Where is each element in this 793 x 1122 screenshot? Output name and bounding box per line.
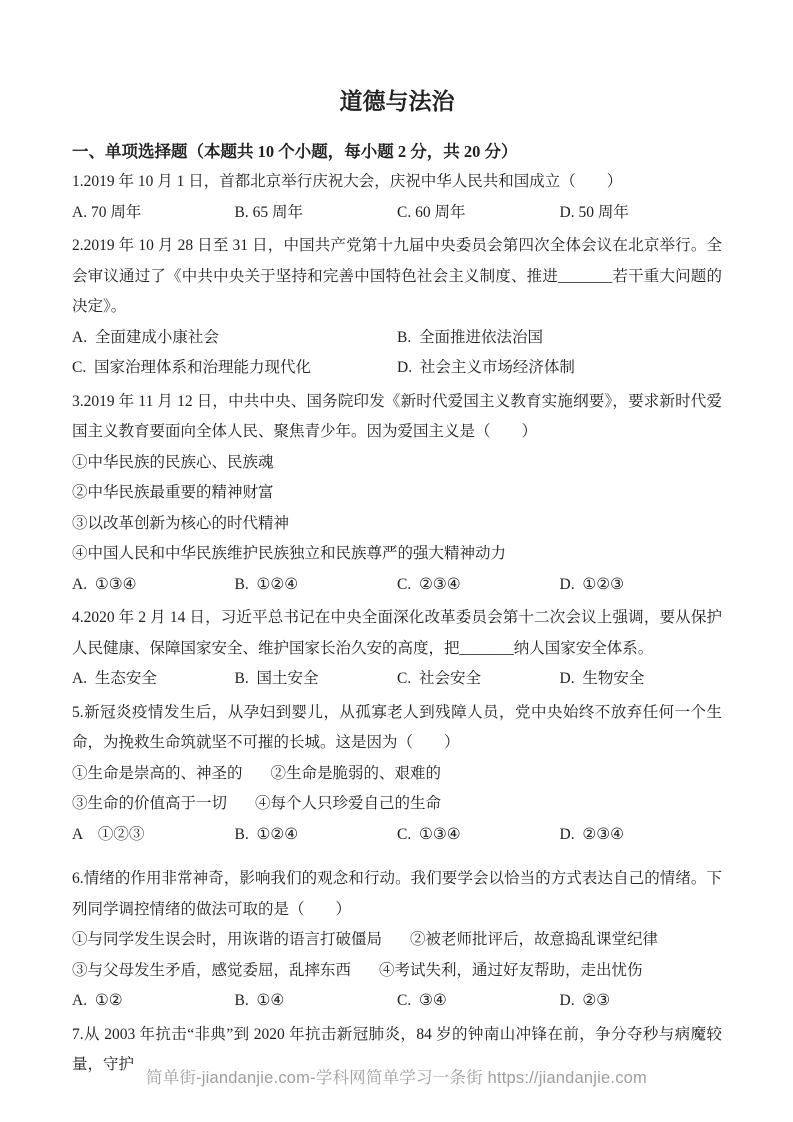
option-d: D. 生物安全 — [560, 664, 723, 695]
option-c: C. 社会安全 — [397, 664, 560, 695]
sub-item-1: ①中华民族的民族心、民族魂 — [72, 448, 722, 479]
option-a: A. 70 周年 — [72, 198, 235, 229]
sub-item-4: ④中国人民和中华民族维护民族独立和民族尊严的强大精神动力 — [72, 539, 722, 570]
sub-item-2: ②生命是脆弱的、艰难的 — [271, 759, 442, 790]
sub-item-row-1: ①与同学发生误会时，用诙谐的语言打破僵局 ②被老师批评后，故意捣乱课堂纪律 — [72, 925, 722, 956]
option-a: A. ①③④ — [72, 570, 235, 601]
option-a: A. ①② — [72, 986, 235, 1017]
question-6-stem: 6.情绪的作用非常神奇，影响我们的观念和行动。我们要学会以恰当的方式表达自己的情… — [72, 864, 722, 925]
question-2: 2.2019 年 10 月 28 日至 31 日，中国共产党第十九届中央委员会第… — [72, 231, 722, 384]
sub-item-row-2: ③与父母发生矛盾，感觉委屈，乱摔东西 ④考试失利，通过好友帮助，走出忧伤 — [72, 956, 722, 987]
option-b: B. ①④ — [235, 986, 398, 1017]
option-c: C. 60 周年 — [397, 198, 560, 229]
section-heading: 一、单项选择题（本题共 10 个小题，每小题 2 分，共 20 分） — [72, 140, 722, 164]
question-3-options: A. ①③④ B. ①②④ C. ②③④ D. ①②③ — [72, 570, 722, 601]
sub-item-2: ②被老师批评后，故意捣乱课堂纪律 — [410, 925, 658, 956]
option-c: C. 国家治理体系和治理能力现代化 — [72, 353, 397, 384]
sub-item-1: ①生命是崇高的、神圣的 — [72, 759, 243, 790]
option-a: A ①②③ — [72, 820, 235, 851]
watermark-footer: 简单街-jiandanjie.com-学科网简单学习一条街 https://ji… — [0, 1066, 793, 1090]
question-list: 1.2019 年 10 月 1 日，首都北京举行庆祝大会，庆祝中华人民共和国成立… — [72, 167, 722, 1081]
sub-item-4: ④每个人只珍爱自己的生命 — [255, 789, 441, 820]
question-6-options: A. ①② B. ①④ C. ③④ D. ②③ — [72, 986, 722, 1017]
option-b: B. 国土安全 — [235, 664, 398, 695]
sub-item-1: ①与同学发生误会时，用诙谐的语言打破僵局 — [72, 925, 382, 956]
sub-item-3: ③以改革创新为核心的时代精神 — [72, 509, 722, 540]
question-4-stem: 4.2020 年 2 月 14 日，习近平总书记在中央全面深化改革委员会第十二次… — [72, 603, 722, 664]
question-6: 6.情绪的作用非常神奇，影响我们的观念和行动。我们要学会以恰当的方式表达自己的情… — [72, 864, 722, 1017]
option-c: C. ①③④ — [397, 820, 560, 851]
question-5-options: A ①②③ B. ①②④ C. ①③④ D. ②③④ — [72, 820, 722, 851]
option-c: C. ②③④ — [397, 570, 560, 601]
sub-item-4: ④考试失利，通过好友帮助，走出忧伤 — [379, 956, 643, 987]
sub-item-row-1: ①生命是崇高的、神圣的 ②生命是脆弱的、艰难的 — [72, 759, 722, 790]
option-a: A. 全面建成小康社会 — [72, 323, 397, 354]
option-d: D. ②③ — [560, 986, 723, 1017]
question-1-options: A. 70 周年 B. 65 周年 C. 60 周年 D. 50 周年 — [72, 198, 722, 229]
option-b: B. 全面推进依法治国 — [397, 323, 722, 354]
option-b: B. ①②④ — [235, 570, 398, 601]
sub-item-3: ③与父母发生矛盾，感觉委屈，乱摔东西 — [72, 956, 351, 987]
option-b: B. ①②④ — [235, 820, 398, 851]
option-b: B. 65 周年 — [235, 198, 398, 229]
question-2-options: A. 全面建成小康社会 B. 全面推进依法治国 C. 国家治理体系和治理能力现代… — [72, 323, 722, 384]
question-3-stem: 3.2019 年 11 月 12 日，中共中央、国务院印发《新时代爱国主义教育实… — [72, 387, 722, 448]
option-d: D. 50 周年 — [560, 198, 723, 229]
question-1-stem: 1.2019 年 10 月 1 日，首都北京举行庆祝大会，庆祝中华人民共和国成立… — [72, 167, 722, 198]
question-1: 1.2019 年 10 月 1 日，首都北京举行庆祝大会，庆祝中华人民共和国成立… — [72, 167, 722, 228]
sub-item-3: ③生命的价值高于一切 — [72, 789, 227, 820]
question-5-stem: 5.新冠炎疫情发生后，从孕妇到婴儿，从孤寡老人到残障人员，党中央始终不放弃任何一… — [72, 698, 722, 759]
sub-item-2: ②中华民族最重要的精神财富 — [72, 478, 722, 509]
exam-page: 道德与法治 一、单项选择题（本题共 10 个小题，每小题 2 分，共 20 分）… — [0, 0, 793, 1122]
option-a: A. 生态安全 — [72, 664, 235, 695]
option-c: C. ③④ — [397, 986, 560, 1017]
question-5: 5.新冠炎疫情发生后，从孕妇到婴儿，从孤寡老人到残障人员，党中央始终不放弃任何一… — [72, 698, 722, 851]
option-d: D. ①②③ — [560, 570, 723, 601]
option-d: D. ②③④ — [560, 820, 723, 851]
sub-item-row-2: ③生命的价值高于一切 ④每个人只珍爱自己的生命 — [72, 789, 722, 820]
question-3: 3.2019 年 11 月 12 日，中共中央、国务院印发《新时代爱国主义教育实… — [72, 387, 722, 601]
option-d: D. 社会主义市场经济体制 — [397, 353, 722, 384]
question-4: 4.2020 年 2 月 14 日，习近平总书记在中央全面深化改革委员会第十二次… — [72, 603, 722, 695]
page-title: 道德与法治 — [72, 88, 722, 116]
question-4-options: A. 生态安全 B. 国土安全 C. 社会安全 D. 生物安全 — [72, 664, 722, 695]
question-2-stem: 2.2019 年 10 月 28 日至 31 日，中国共产党第十九届中央委员会第… — [72, 231, 722, 323]
